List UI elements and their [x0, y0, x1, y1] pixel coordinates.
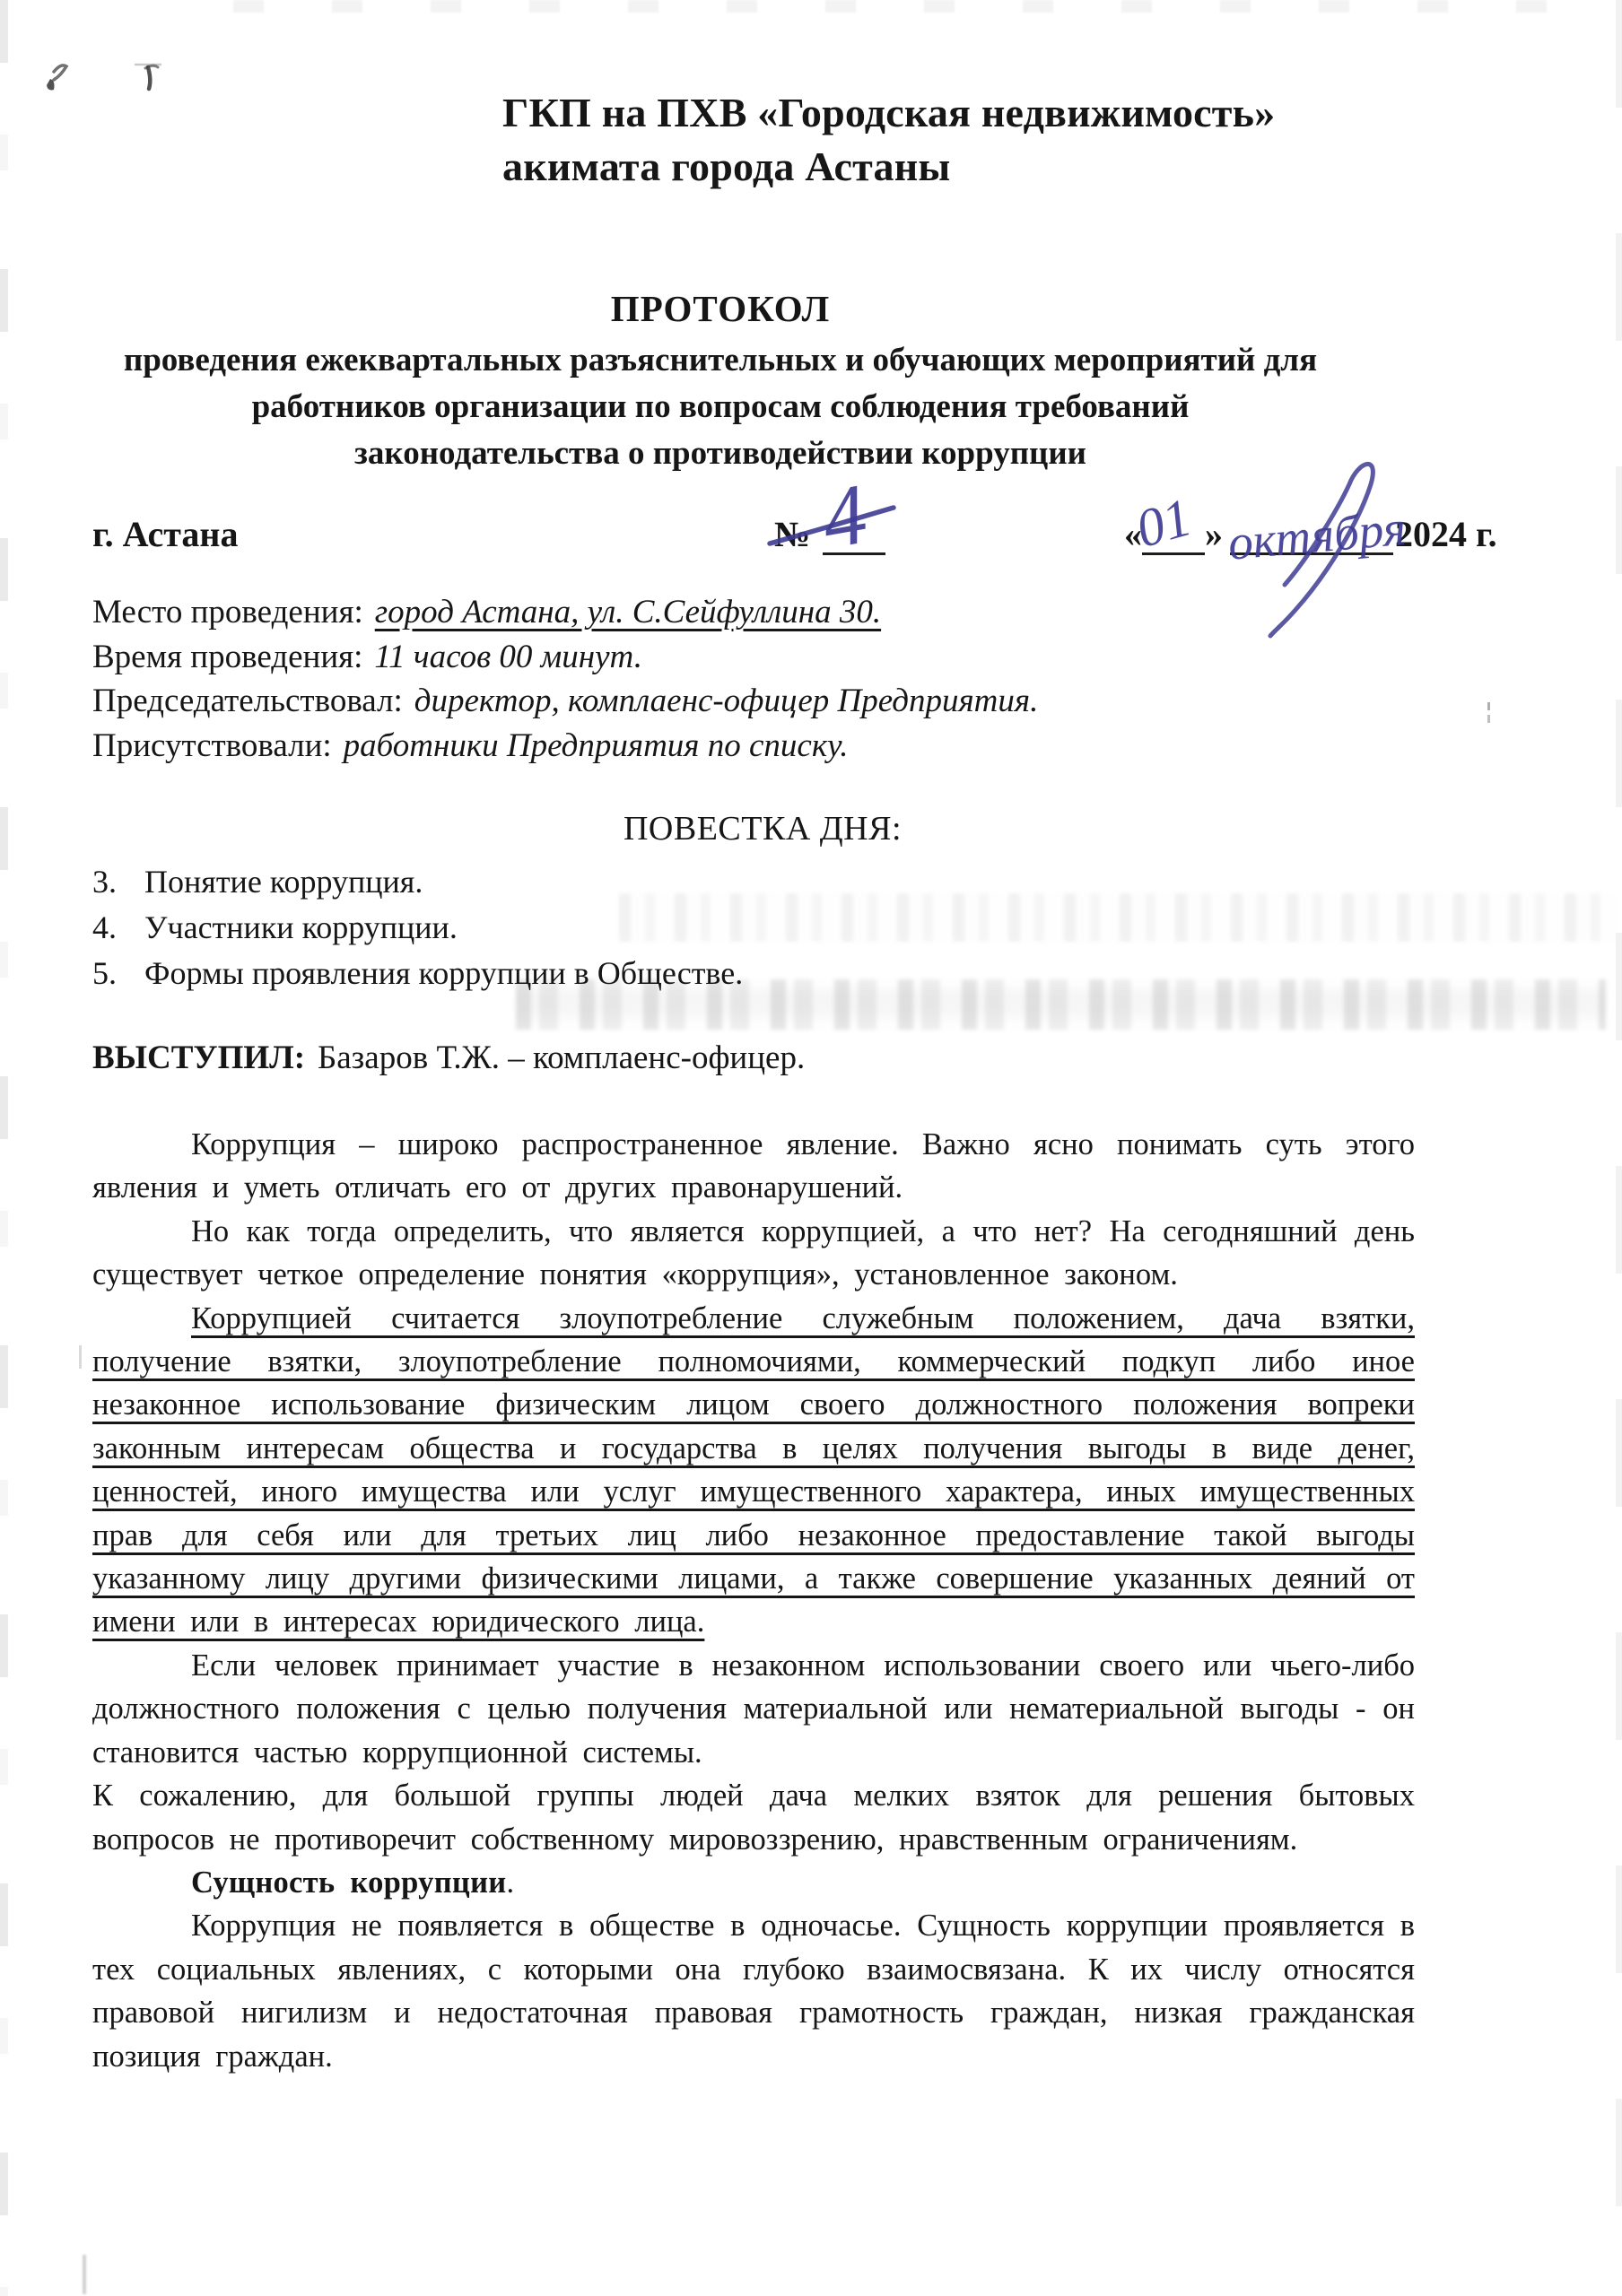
scan-speck [83, 2255, 86, 2294]
date-year: 2024 г. [1395, 514, 1497, 554]
date-open-quote: « [1124, 514, 1142, 554]
scanned-protocol-page: ГКП на ПХВ «Городская недвижимость» аким… [0, 0, 1622, 2296]
number-blank-line [823, 517, 885, 555]
scan-edge-left [0, 0, 8, 2296]
date-month-blank-line [1230, 517, 1393, 555]
detail-label: Председательствовал: [92, 683, 403, 719]
number-sign: № [774, 514, 810, 554]
detail-row: Место проведения:город Астана, ул. С.Сей… [92, 590, 1438, 635]
detail-row: Время проведения:11 часов 00 минут. [92, 635, 1438, 680]
agenda-item-number: 4. [92, 905, 144, 951]
title-line1: проведения ежеквартальных разъяснительны… [92, 337, 1348, 384]
paragraph-essence: Коррупция не появляется в обществе в одн… [92, 1904, 1415, 2078]
detail-value: работники Предприятия по списку. [344, 727, 849, 764]
paragraph-participation: Если человек принимает участие в незакон… [92, 1644, 1415, 1774]
detail-value: директор, комплаенс-офицер Предприятия. [414, 683, 1039, 719]
title-line2: работников организации по вопросам соблю… [92, 384, 1348, 430]
paragraph-corruption-definition: Коррупцией считается злоупотребление слу… [92, 1297, 1415, 1644]
detail-label: Время проведения: [92, 639, 362, 675]
agenda-heading: ПОВЕСТКА ДНЯ: [92, 809, 1415, 848]
subheading-essence: Сущность коррупции. [92, 1861, 1415, 1904]
agenda-item-text: Участники коррупции. [144, 905, 458, 951]
detail-value: город Астана, ул. С.Сейфуллина 30. [375, 594, 881, 631]
scan-speck [1487, 702, 1490, 710]
scan-speck [79, 1345, 82, 1369]
org-name-line2: акимата города Астаны [502, 140, 1453, 194]
body-text: Коррупция – широко распространенное явле… [92, 1123, 1415, 2078]
agenda-item-text: Понятие коррупция. [144, 859, 423, 905]
detail-value: 11 часов 00 минут. [374, 639, 642, 675]
detail-label: Присутствовали: [92, 727, 332, 764]
agenda-list: 3.Понятие коррупция. 4.Участники коррупц… [92, 859, 1415, 996]
date-close-quote: » [1205, 514, 1223, 554]
document-title: проведения ежеквартальных разъяснительны… [92, 337, 1348, 477]
paragraph-intro: Коррупция – широко распространенное явле… [92, 1123, 1415, 1210]
speaker-text: Базаров Т.Ж. – комплаенс-офицер. [318, 1039, 805, 1076]
scan-noise-top [233, 0, 1615, 13]
subheading-period: . [506, 1865, 514, 1900]
agenda-item-number: 3. [92, 859, 144, 905]
speaker-line: ВЫСТУПИЛ:Базаров Т.Ж. – комплаенс-офицер… [92, 1039, 1415, 1077]
agenda-item-number: 5. [92, 951, 144, 996]
scan-edge-right [1616, 0, 1622, 2296]
agenda-item-text: Формы проявления коррупции в Обществе. [144, 951, 743, 996]
paragraph-question: Но как тогда определить, что является ко… [92, 1210, 1415, 1297]
date-day-blank-line [1142, 517, 1205, 555]
meeting-details: Место проведения:город Астана, ул. С.Сей… [92, 590, 1438, 768]
protocol-date: «»2024 г. [1124, 513, 1497, 555]
agenda-item: 5.Формы проявления коррупции в Обществе. [92, 951, 1415, 996]
detail-row: Председательствовал:директор, комплаенс-… [92, 679, 1438, 724]
city-label: г. Астана [92, 513, 238, 555]
org-name-line1: ГКП на ПХВ «Городская недвижимость» [502, 86, 1453, 140]
speaker-label: ВЫСТУПИЛ: [92, 1039, 305, 1076]
agenda-item: 4.Участники коррупции. [92, 905, 1415, 951]
document-type-heading: ПРОТОКОЛ [92, 287, 1348, 330]
detail-row: Присутствовали:работники Предприятия по … [92, 724, 1438, 769]
agenda-item: 3.Понятие коррупция. [92, 859, 1415, 905]
paragraph-regret: К сожалению, для большой группы людей да… [92, 1774, 1415, 1861]
title-line3: законодательства о противодействии корру… [92, 430, 1348, 477]
subheading-text: Сущность коррупции [191, 1865, 506, 1900]
organization-header: ГКП на ПХВ «Городская недвижимость» аким… [502, 86, 1453, 194]
detail-label: Место проведения: [92, 594, 363, 631]
staple-ink-marks [34, 52, 178, 106]
meta-row: г. Астана № «»2024 г. [0, 509, 1622, 572]
protocol-number: № [774, 513, 885, 555]
